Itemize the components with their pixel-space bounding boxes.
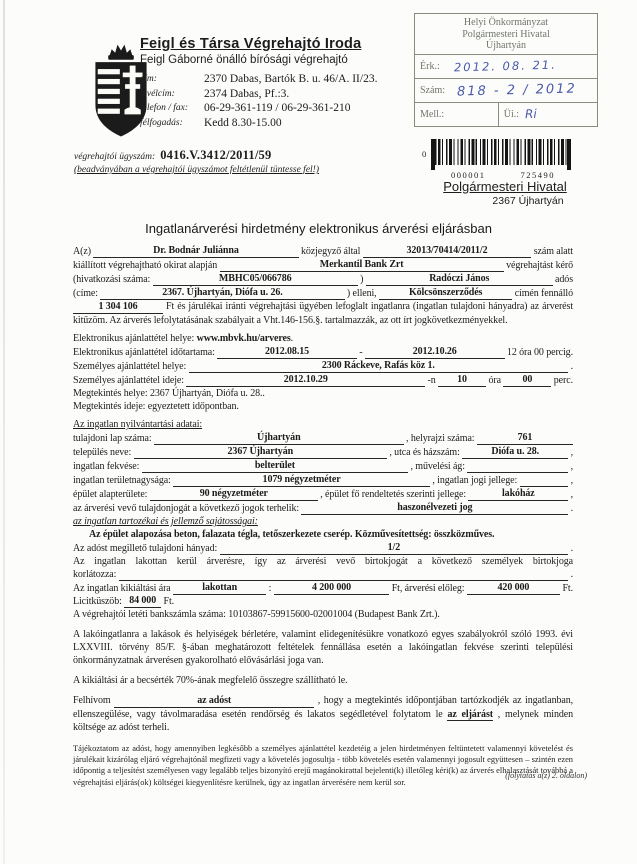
line-text: közjegyző által [299,245,363,258]
blank-line [467,460,568,473]
filled-value: Újhartyán [154,431,404,445]
line-text: adós [553,273,573,286]
filled-value: 2300 Ráckeve, Rafás köz 1. [189,359,569,373]
recipient-name: Polgármesteri Hivatal [414,179,596,194]
stamp-label-attachments: Mell.: [415,103,499,126]
paragraph: Az épület alapozása beton, falazata tégl… [73,528,573,541]
filled-value: 4 200 000 [274,581,390,595]
line-text: Licitküszöb: [73,595,124,608]
line-text: Személyes ajánlattétel helye: [73,360,189,373]
blank-line [520,474,569,487]
line-text: : [266,582,273,595]
line-text: , helyrajzi száma: [404,432,477,445]
line-text: Megtekintés ideje: egyeztetett időpontba… [73,400,239,413]
form-line: Megtekintés helye: 2367 Újhartyán, Diófa… [73,387,573,400]
continuation-note: (folytatás a(z) 2. oldalon) [505,771,587,780]
stamp-label-number: Szám: [420,85,445,96]
filled-value: Diófa u. 28. [462,445,568,459]
filled-value: 84 000 [124,595,161,608]
line-text: az ingatlan tartozékai és jellemző saját… [73,516,258,527]
line-text: , művelési ág: [408,460,467,473]
contact-row-address: cím: 2370 Dabas, Bartók B. u. 46/A. II/2… [140,72,460,87]
stamp-header-line: Helyi Önkormányzat [417,17,595,29]
stamp-label-arrival: Érk.: [420,61,440,72]
form-line: Személyes ajánlattétel helye: 2300 Rácke… [73,359,573,373]
filled-value: 2012.08.15 [217,345,357,359]
contact-label: félfogadás: [140,116,204,131]
line-text: , utca és házszám: [387,446,462,459]
form-line: az árverési vevő tulajdonjogát a követke… [73,501,573,515]
stamp-row-number: Szám: 818 - 2 / 2012 [415,79,597,103]
filled-value: 1079 négyzetméter [173,473,430,487]
form-line: település neve: 2367 Újhartyán , utca és… [73,445,573,459]
form-line: Megtekintés ideje: egyeztetett időpontba… [73,400,573,413]
filled-value: 761 [477,431,573,445]
filled-value: Kölcsönszerződés [379,286,512,300]
line-text: , [568,446,573,459]
line-text: az árverési vevő tulajdonjogát a követke… [73,502,301,515]
stamp-header-line: Újhartyán [417,40,595,52]
barcode: 0 000001 725490 [431,139,571,180]
case-number-block: végrehajtói ügyszám: 0416.V.3412/2011/59… [74,148,319,175]
contact-value: 2370 Dabas, Bartók B. u. 46/A. II/23. [204,72,377,87]
contact-label: levélcím: [140,87,204,102]
filled-value: 2012.10.26 [365,345,505,359]
line-text: A(z) [73,245,93,258]
scan-edge-artifact [3,0,5,864]
line-text: , [568,488,573,501]
section-heading: Az ingatlan nyilvántartási adatai: [73,418,573,431]
handwritten-clerk-initials: Ri [525,107,537,121]
contact-label: telefon / fax: [140,101,204,116]
paragraph: Az ingatlan lakottan kerül árverésre, íg… [73,555,573,568]
line-text: Megtekintés helye: 2367 Újhartyán, Diófa… [73,387,265,400]
line-text: . [568,502,573,515]
filled-value: 2367. Újhartyán, Diófa u. 26. [100,286,344,300]
line-text: , [568,474,573,487]
line-text: Személyes ajánlattétel ideje: [73,374,186,387]
line-text: Az ingatlan kikiáltási ára [73,582,173,595]
line-text: . [568,568,573,581]
paragraph: 1 304 106 Ft és járulékai iránti végreha… [73,300,573,327]
line-text: Ft, árverési előleg: [389,582,467,595]
line-text: végrehajtást kérő [504,259,573,272]
form-line: Az ingatlan kikiáltási ára lakottan : 4 … [73,581,573,595]
line-text: Az ingatlan nyilvántartási adatai: [73,419,202,430]
registry-stamp: Helyi Önkormányzat Polgármesteri Hivatal… [414,13,598,127]
form-line: A végrehajtói letéti bankszámla száma: 1… [73,608,573,621]
line-text: címén fennálló [512,287,573,300]
form-line: Elektronikus ajánlattétel időtartama: 20… [73,345,573,359]
line-text: . [568,360,573,373]
document-title: Ingatlanárverési hirdetmény elektronikus… [0,221,637,236]
line-text: óra [486,374,503,387]
letterhead-contact-rows: cím: 2370 Dabas, Bartók B. u. 46/A. II/2… [140,72,460,130]
filled-value: lakottan [173,581,266,595]
line-text: Ft. [560,582,573,595]
stamp-row-arrival: Érk.: 2012. 08. 21. [415,55,597,79]
contact-row-mailing: levélcím: 2374 Dabas, Pf.:3. [140,87,460,102]
line-text: szám alatt [531,245,573,258]
form-line: (hivatkozási száma: MBHC05/066786 ) Radó… [73,272,573,286]
form-line: A(z) Dr. Bodnár Juliánna közjegyző által… [73,244,573,258]
filled-value: 90 négyzetméter [150,487,318,501]
line-text: -n [425,374,438,387]
filled-value: 10 [438,373,486,387]
line-text: Az ingatlan lakottan kerül árverésre, íg… [73,556,573,567]
filled-value: 32013/70414/2011/2 [363,244,532,258]
section-heading: az ingatlan tartozékai és jellemző saját… [73,515,573,528]
handwritten-arrival-date: 2012. 08. 21. [454,58,557,75]
line-text: korlátozza: [73,568,119,581]
form-line: Az adóst megillető tulajdoni hányad: 1/2… [73,541,573,555]
office-subtitle: Feigl Gáborné önálló bírósági végrehajtó [140,54,460,66]
line-text: , [568,460,573,473]
stamp-header-line: Polgármesteri Hivatal [417,29,595,41]
contact-row-office-hours: félfogadás: Kedd 8.30-15.00 [140,116,460,131]
line-text: Tájékoztatom az adóst, hogy amennyiben l… [73,744,573,787]
line-text: ingatlan területnagysága: [73,474,173,487]
line-text: - [357,346,365,359]
line-text: kiállított végrehajtható okirat alapján [73,259,220,272]
form-line: épület alapterülete: 90 négyzetméter , é… [73,487,573,501]
form-line: ingatlan fekvése: belterület , művelési … [73,459,573,473]
barcode-left-digit: 0 [422,149,426,159]
stamp-label-clerk: Üi.: [504,109,519,120]
line-text: épület alapterülete: [73,488,150,501]
form-line: korlátozza: . [73,568,573,581]
paragraph: Felhívom az adóst , hogy a megtekintés i… [73,694,573,734]
contact-row-phone: telefon / fax: 06-29-361-119 / 06-29-361… [140,101,460,116]
filled-value: Merkantil Bank Zrt [220,258,504,272]
handwritten-file-number: 818 - 2 / 2012 [457,81,577,99]
line-text: (címe: [73,287,100,300]
paragraph: A kikiáltási ár a becsérték 70%-ának meg… [73,674,573,687]
recipient-address: 2367 Újhartyán [414,195,596,207]
form-line: (címe: 2367. Újhartyán, Diófa u. 26. ) e… [73,286,573,300]
line-text: , ingatlan jogi jellege: [430,474,520,487]
line-text: Ft. [161,595,174,608]
line-text: ingatlan fekvése: [73,460,142,473]
scanned-auction-notice-page: Feigl és Társa Végrehajtó Iroda Feigl Gá… [0,0,637,864]
stamp-cell-clerk: Üi.: Ri [499,103,542,126]
contact-label: cím: [140,72,204,87]
blank-line [119,568,568,581]
contact-value: 06-29-361-119 / 06-29-361-210 [204,101,351,116]
line-text: . [568,542,573,555]
filled-value: 1/2 [220,541,569,555]
line-text: A lakóingatlanra a lakások és helyiségek… [73,629,573,666]
stamp-row-attachments: Mell.: Üi.: Ri [415,103,597,126]
line-text: A kikiáltási ár a becsérték 70%-ának meg… [73,675,347,686]
filled-value: lakóház [468,487,568,501]
filled-value: 00 [503,373,551,387]
case-number-note: (beadványában a végrehajtói ügyszámot fe… [74,165,319,175]
form-line: Személyes ajánlattétel ideje: 2012.10.29… [73,373,573,387]
case-number-label: végrehajtói ügyszám: [74,152,155,162]
filled-value: MBHC05/066786 [153,272,358,286]
case-number-value: 0416.V.3412/2011/59 [160,148,271,163]
line-text: tulajdoni lap száma: [73,432,154,445]
letterhead: Feigl és Társa Végrehajtó Iroda Feigl Gá… [140,36,460,130]
filled-value: 420 000 [467,581,560,595]
contact-value: 2374 Dabas, Pf.:3. [204,87,289,102]
form-line: Licitküszöb: 84 000 Ft. [73,595,573,608]
form-line: ingatlan területnagysága: 1079 négyzetmé… [73,473,573,487]
filled-value: Dr. Bodnár Juliánna [93,244,298,258]
line-text: (hivatkozási száma: [73,273,153,286]
filled-value: Radóczi János [366,272,553,286]
filled-value: 2012.10.29 [186,373,425,387]
paragraph: A lakóingatlanra a lakások és helyiségek… [73,628,573,667]
filled-value: 1 304 106 [73,301,163,314]
bold-underlined-text: az eljárást [447,709,492,721]
line-text: Elektronikus ajánlattétel helye: [73,332,197,345]
barcode-bars: 0 [435,139,567,165]
filled-value: haszonélvezeti jog [301,501,568,515]
line-text: . [291,332,293,345]
case-number-line: végrehajtói ügyszám: 0416.V.3412/2011/59 [74,148,319,163]
filled-value: 2367 Újhartyán [134,445,387,459]
line-text: Az épület alapozása beton, falazata tégl… [89,529,494,540]
line-text: A végrehajtói letéti bankszámla száma: 1… [73,608,440,621]
filled-value: belterület [142,459,408,473]
stamp-header: Helyi Önkormányzat Polgármesteri Hivatal… [415,14,597,55]
line-text: Az adóst megillető tulajdoni hányad: [73,542,220,555]
bold-text: www.mbvk.hu/arveres [197,332,291,345]
filled-value: az adóst [114,695,314,708]
form-body: A(z) Dr. Bodnár Juliánna közjegyző által… [73,244,573,788]
line-text: Felhívom [73,695,114,706]
contact-value: Kedd 8.30-15.00 [204,116,282,131]
line-text: település neve: [73,446,134,459]
line-text: perc. [551,374,573,387]
paragraph: Tájékoztatom az adóst, hogy amennyiben l… [73,743,573,788]
form-line: Elektronikus ajánlattétel helye: www.mbv… [73,332,573,345]
form-line: tulajdoni lap száma: Újhartyán , helyraj… [73,431,573,445]
line-text: ) [358,273,366,286]
form-line: kiállított végrehajtható okirat alapján … [73,258,573,272]
line-text: ) elleni, [345,287,379,300]
recipient-block: Polgármesteri Hivatal 2367 Újhartyán [414,179,596,207]
line-text: 12 óra 00 percig. [505,346,573,359]
line-text: , épület fő rendeltetés szerinti jellege… [318,488,469,501]
line-text: Elektronikus ajánlattétel időtartama: [73,346,217,359]
office-name: Feigl és Társa Végrehajtó Iroda [140,36,460,52]
